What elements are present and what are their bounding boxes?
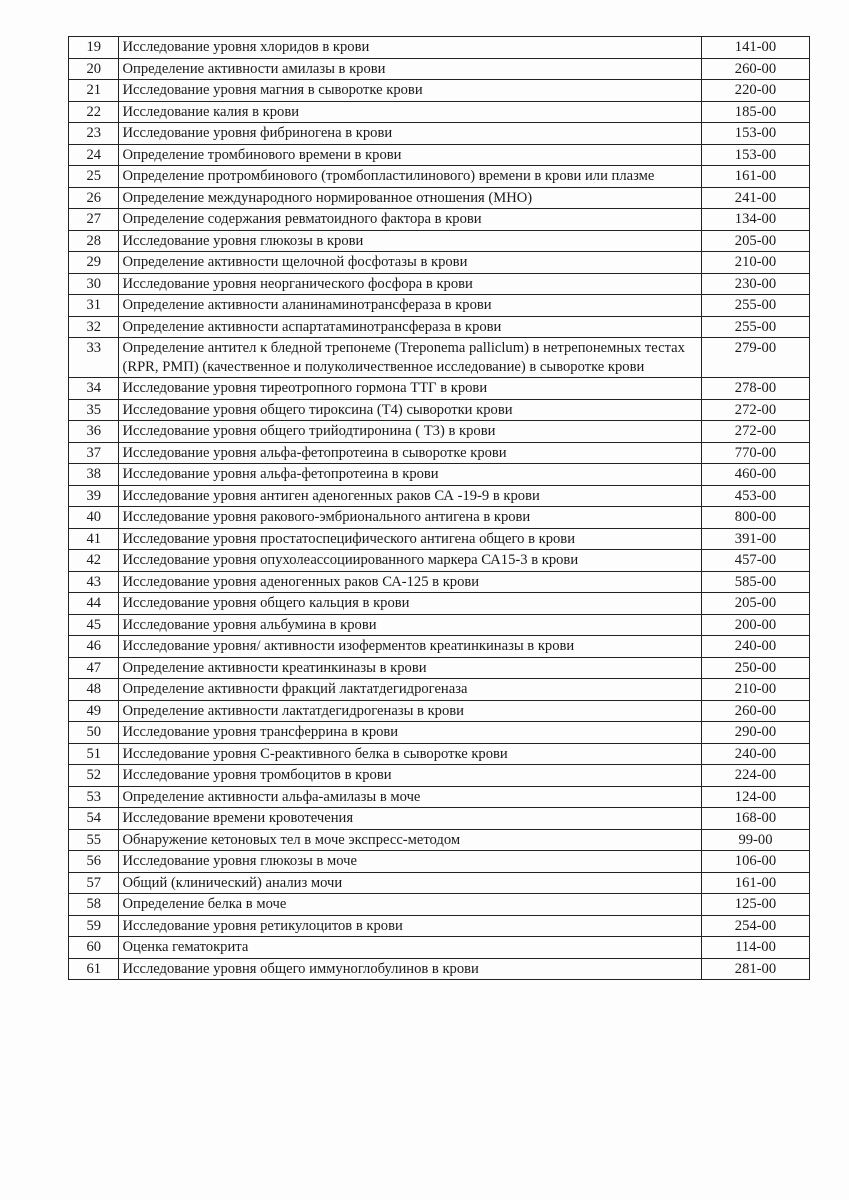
service-price: 205-00 [701, 593, 809, 615]
table-row: 47Определение активности креатинкиназы в… [69, 657, 810, 679]
blank-page-area [0, 1040, 849, 1200]
service-name: Исследование уровня простатоспецифическо… [119, 528, 702, 550]
table-row: 32Определение активности аспартатаминотр… [69, 316, 810, 338]
service-price: 770-00 [701, 442, 809, 464]
service-price: 260-00 [701, 58, 809, 80]
row-number: 22 [69, 101, 119, 123]
service-name: Исследование уровня фибриногена в крови [119, 123, 702, 145]
table-row: 30Исследование уровня неорганического фо… [69, 273, 810, 295]
service-price: 168-00 [701, 808, 809, 830]
service-name: Определение тромбинового времени в крови [119, 144, 702, 166]
row-number: 24 [69, 144, 119, 166]
service-price: 241-00 [701, 187, 809, 209]
service-name: Общий (клинический) анализ мочи [119, 872, 702, 894]
table-row: 56Исследование уровня глюкозы в моче106-… [69, 851, 810, 873]
service-name: Обнаружение кетоновых тел в моче экспрес… [119, 829, 702, 851]
table-row: 33Определение антител к бледной трепонем… [69, 338, 810, 378]
service-price: 250-00 [701, 657, 809, 679]
row-number: 51 [69, 743, 119, 765]
row-number: 58 [69, 894, 119, 916]
service-price: 210-00 [701, 679, 809, 701]
service-price: 185-00 [701, 101, 809, 123]
table-row: 27Определение содержания ревматоидного ф… [69, 209, 810, 231]
service-name: Определение активности лактатдегидрогена… [119, 700, 702, 722]
service-name: Исследование уровня антиген аденогенных … [119, 485, 702, 507]
service-price: 205-00 [701, 230, 809, 252]
row-number: 42 [69, 550, 119, 572]
service-price: 800-00 [701, 507, 809, 529]
service-name: Определение активности щелочной фосфотаз… [119, 252, 702, 274]
service-price: 124-00 [701, 786, 809, 808]
table-row: 26Определение международного нормированн… [69, 187, 810, 209]
service-price: 141-00 [701, 37, 809, 59]
service-price: 272-00 [701, 399, 809, 421]
row-number: 61 [69, 958, 119, 980]
table-row: 50Исследование уровня трансферрина в кро… [69, 722, 810, 744]
service-price: 254-00 [701, 915, 809, 937]
service-price: 134-00 [701, 209, 809, 231]
service-price: 230-00 [701, 273, 809, 295]
row-number: 55 [69, 829, 119, 851]
row-number: 53 [69, 786, 119, 808]
service-price: 585-00 [701, 571, 809, 593]
service-price: 153-00 [701, 144, 809, 166]
service-name: Исследование уровня глюкозы в моче [119, 851, 702, 873]
row-number: 52 [69, 765, 119, 787]
service-name: Определение международного нормированное… [119, 187, 702, 209]
table-row: 36Исследование уровня общего трийодтирон… [69, 421, 810, 443]
table-row: 25Определение протромбинового (тромбопла… [69, 166, 810, 188]
service-name: Оценка гематокрита [119, 937, 702, 959]
table-row: 24Определение тромбинового времени в кро… [69, 144, 810, 166]
table-row: 61Исследование уровня общего иммуноглобу… [69, 958, 810, 980]
service-name: Определение активности амилазы в крови [119, 58, 702, 80]
row-number: 60 [69, 937, 119, 959]
table-row: 35Исследование уровня общего тироксина (… [69, 399, 810, 421]
row-number: 35 [69, 399, 119, 421]
row-number: 59 [69, 915, 119, 937]
service-name: Определение содержания ревматоидного фак… [119, 209, 702, 231]
service-price: 99-00 [701, 829, 809, 851]
row-number: 29 [69, 252, 119, 274]
service-price: 255-00 [701, 295, 809, 317]
table-row: 28Исследование уровня глюкозы в крови205… [69, 230, 810, 252]
service-price: 161-00 [701, 166, 809, 188]
service-price: 457-00 [701, 550, 809, 572]
table-row: 29Определение активности щелочной фосфот… [69, 252, 810, 274]
service-price: 453-00 [701, 485, 809, 507]
service-name: Исследование времени кровотечения [119, 808, 702, 830]
service-price: 106-00 [701, 851, 809, 873]
row-number: 46 [69, 636, 119, 658]
service-name: Определение антител к бледной трепонеме … [119, 338, 702, 378]
table-row: 45Исследование уровня альбумина в крови2… [69, 614, 810, 636]
row-number: 23 [69, 123, 119, 145]
service-price: 161-00 [701, 872, 809, 894]
table-row: 52Исследование уровня тромбоцитов в кров… [69, 765, 810, 787]
table-row: 51Исследование уровня С-реактивного белк… [69, 743, 810, 765]
price-table: 19Исследование уровня хлоридов в крови14… [68, 36, 810, 980]
row-number: 57 [69, 872, 119, 894]
row-number: 50 [69, 722, 119, 744]
service-name: Исследование уровня ретикулоцитов в кров… [119, 915, 702, 937]
table-row: 55Обнаружение кетоновых тел в моче экспр… [69, 829, 810, 851]
service-price: 278-00 [701, 378, 809, 400]
service-price: 272-00 [701, 421, 809, 443]
service-name: Исследование уровня альфа-фетопротеина в… [119, 464, 702, 486]
service-price: 153-00 [701, 123, 809, 145]
service-price: 210-00 [701, 252, 809, 274]
table-row: 49Определение активности лактатдегидроге… [69, 700, 810, 722]
row-number: 40 [69, 507, 119, 529]
table-row: 38Исследование уровня альфа-фетопротеина… [69, 464, 810, 486]
service-price: 391-00 [701, 528, 809, 550]
service-price: 260-00 [701, 700, 809, 722]
service-name: Исследование уровня ракового-эмбриональн… [119, 507, 702, 529]
table-row: 42 Исследование уровня опухолеассоцииров… [69, 550, 810, 572]
row-number: 38 [69, 464, 119, 486]
service-name: Исследование уровня альфа-фетопротеина в… [119, 442, 702, 464]
row-number: 34 [69, 378, 119, 400]
service-name: Исследование уровня глюкозы в крови [119, 230, 702, 252]
service-price: 460-00 [701, 464, 809, 486]
service-price: 240-00 [701, 743, 809, 765]
service-name: Исследование уровня хлоридов в крови [119, 37, 702, 59]
service-name: Исследование уровня аденогенных раков СА… [119, 571, 702, 593]
table-row: 48Определение активности фракций лактатд… [69, 679, 810, 701]
service-name: Исследование уровня тиреотропного гормон… [119, 378, 702, 400]
service-name: Определение активности креатинкиназы в к… [119, 657, 702, 679]
row-number: 28 [69, 230, 119, 252]
row-number: 27 [69, 209, 119, 231]
table-row: 23Исследование уровня фибриногена в кров… [69, 123, 810, 145]
service-name: Исследование уровня опухолеассоциированн… [119, 550, 702, 572]
service-price: 200-00 [701, 614, 809, 636]
service-price: 114-00 [701, 937, 809, 959]
service-price: 255-00 [701, 316, 809, 338]
row-number: 32 [69, 316, 119, 338]
row-number: 33 [69, 338, 119, 378]
service-price: 125-00 [701, 894, 809, 916]
row-number: 36 [69, 421, 119, 443]
service-name: Исследование уровня/ активности изоферме… [119, 636, 702, 658]
service-name: Определение активности альфа-амилазы в м… [119, 786, 702, 808]
service-price: 281-00 [701, 958, 809, 980]
row-number: 37 [69, 442, 119, 464]
service-name: Исследование уровня неорганического фосф… [119, 273, 702, 295]
row-number: 41 [69, 528, 119, 550]
row-number: 21 [69, 80, 119, 102]
row-number: 44 [69, 593, 119, 615]
service-name: Определение активности фракций лактатдег… [119, 679, 702, 701]
table-row: 21Исследование уровня магния в сыворотке… [69, 80, 810, 102]
table-row: 44Исследование уровня общего кальция в к… [69, 593, 810, 615]
table-row: 59Исследование уровня ретикулоцитов в кр… [69, 915, 810, 937]
table-row: 53Определение активности альфа-амилазы в… [69, 786, 810, 808]
service-name: Определение активности аспартатаминотран… [119, 316, 702, 338]
table-row: 19Исследование уровня хлоридов в крови14… [69, 37, 810, 59]
row-number: 56 [69, 851, 119, 873]
service-price: 224-00 [701, 765, 809, 787]
table-row: 22Исследование калия в крови185-00 [69, 101, 810, 123]
service-name: Исследование уровня тромбоцитов в крови [119, 765, 702, 787]
service-price: 240-00 [701, 636, 809, 658]
service-name: Исследование уровня общего иммуноглобули… [119, 958, 702, 980]
service-price: 290-00 [701, 722, 809, 744]
row-number: 47 [69, 657, 119, 679]
service-name: Исследование уровня магния в сыворотке к… [119, 80, 702, 102]
row-number: 49 [69, 700, 119, 722]
row-number: 31 [69, 295, 119, 317]
service-name: Исследование уровня трансферрина в крови [119, 722, 702, 744]
row-number: 20 [69, 58, 119, 80]
table-row: 60Оценка гематокрита114-00 [69, 937, 810, 959]
service-name: Исследование уровня альбумина в крови [119, 614, 702, 636]
service-name: Определение протромбинового (тромбопласт… [119, 166, 702, 188]
table-row: 57Общий (клинический) анализ мочи161-00 [69, 872, 810, 894]
table-row: 40Исследование уровня ракового-эмбрионал… [69, 507, 810, 529]
table-row: 20Определение активности амилазы в крови… [69, 58, 810, 80]
row-number: 45 [69, 614, 119, 636]
service-name: Исследование уровня общего трийодтиронин… [119, 421, 702, 443]
row-number: 39 [69, 485, 119, 507]
service-name: Определение активности аланинаминотрансф… [119, 295, 702, 317]
service-name: Определение белка в моче [119, 894, 702, 916]
table-row: 31Определение активности аланинаминотран… [69, 295, 810, 317]
row-number: 25 [69, 166, 119, 188]
table-row: 39 Исследование уровня антиген аденогенн… [69, 485, 810, 507]
document-page: 19Исследование уровня хлоридов в крови14… [0, 0, 849, 1200]
service-price: 220-00 [701, 80, 809, 102]
table-row: 34Исследование уровня тиреотропного горм… [69, 378, 810, 400]
row-number: 19 [69, 37, 119, 59]
price-table-body: 19Исследование уровня хлоридов в крови14… [69, 37, 810, 980]
service-name: Исследование уровня общего кальция в кро… [119, 593, 702, 615]
table-row: 46Исследование уровня/ активности изофер… [69, 636, 810, 658]
row-number: 30 [69, 273, 119, 295]
row-number: 26 [69, 187, 119, 209]
table-row: 54Исследование времени кровотечения168-0… [69, 808, 810, 830]
table-row: 37Исследование уровня альфа-фетопротеина… [69, 442, 810, 464]
row-number: 43 [69, 571, 119, 593]
service-name: Исследование калия в крови [119, 101, 702, 123]
service-price: 279-00 [701, 338, 809, 378]
table-row: 41 Исследование уровня простатоспецифиче… [69, 528, 810, 550]
row-number: 48 [69, 679, 119, 701]
service-name: Исследование уровня С-реактивного белка … [119, 743, 702, 765]
service-name: Исследование уровня общего тироксина (Т4… [119, 399, 702, 421]
row-number: 54 [69, 808, 119, 830]
table-row: 43Исследование уровня аденогенных раков … [69, 571, 810, 593]
table-row: 58Определение белка в моче125-00 [69, 894, 810, 916]
